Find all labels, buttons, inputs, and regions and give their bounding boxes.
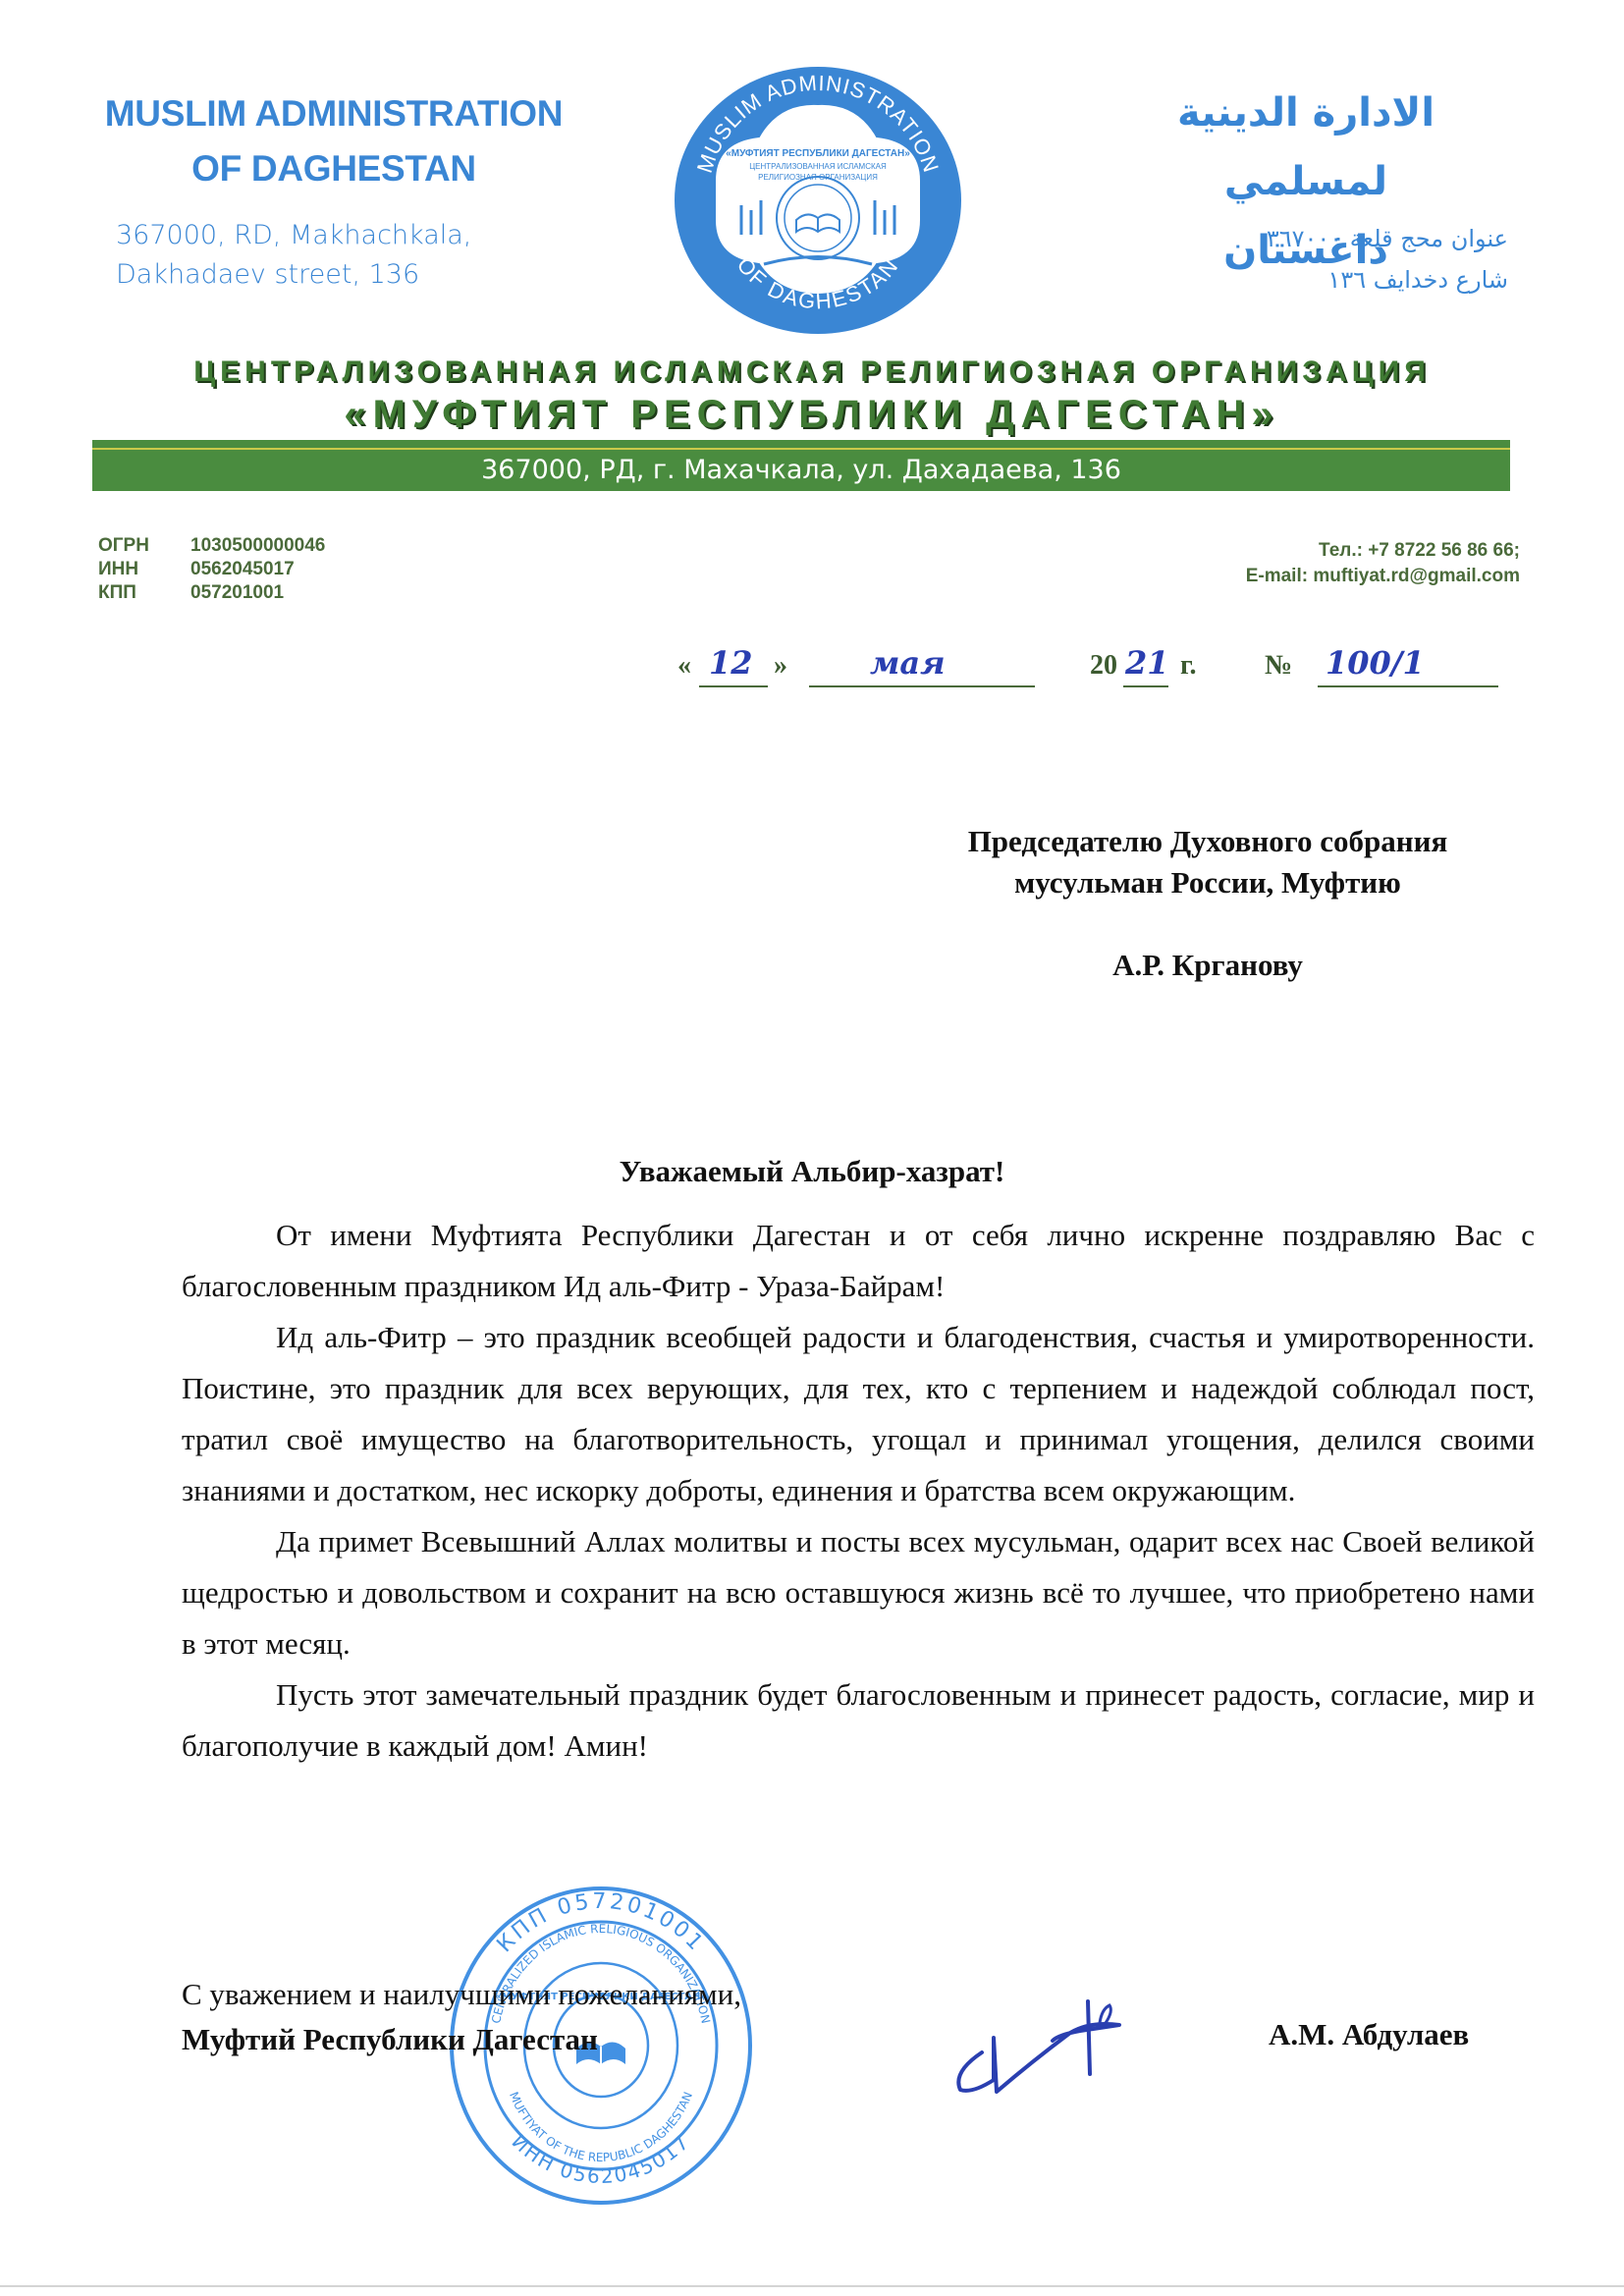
- organization-name: «МУФТИЯТ РЕСПУБЛИКИ ДАГЕСТАН»: [0, 393, 1624, 437]
- handwritten-month: мая: [870, 644, 946, 682]
- phone-number: Тел.: +7 8722 56 86 66;: [1246, 538, 1520, 564]
- organization-logo: MUSLIM ADMINISTRATION OF DAGHESTAN «МУФТ…: [671, 63, 965, 338]
- salutation: Уважаемый Альбир-хазрат!: [0, 1154, 1624, 1189]
- russian-address-band: 367000, РД, г. Махачкала, ул. Дахадаева,…: [92, 450, 1510, 491]
- signer-name: А.М. Абдулаев: [1269, 2017, 1469, 2052]
- letter-body: От имени Муфтията Республики Дагестан и …: [182, 1210, 1535, 1772]
- addressee-line-1: Председателю Духовного собрания: [864, 821, 1551, 862]
- svg-text:«МУФТИЯТ РЕСПУБЛИКИ ДАГЕСТАН»: «МУФТИЯТ РЕСПУБЛИКИ ДАГЕСТАН»: [726, 148, 910, 159]
- registration-value: 1030500000046: [190, 534, 325, 558]
- year-prefix: 20: [1090, 650, 1117, 682]
- letterhead-english-title: MUSLIM ADMINISTRATION OF DAGHESTAN: [69, 86, 599, 196]
- registration-numbers: ОГРН 1030500000046 ИНН 0562045017 КПП 05…: [98, 534, 325, 605]
- month-underline: [809, 685, 1035, 687]
- english-title-line-1: MUSLIM ADMINISTRATION: [69, 86, 599, 141]
- letterhead-english-address: 367000, RD, Makhachkala, Dakhadaev stree…: [116, 216, 471, 295]
- body-paragraph: Ид аль-Фитр – это праздник всеобщей радо…: [182, 1312, 1535, 1516]
- date-open-quote: «: [677, 650, 691, 682]
- year-unit: г.: [1180, 650, 1197, 682]
- addressee-block: Председателю Духовного собрания мусульма…: [864, 821, 1551, 986]
- registration-row-ogrn: ОГРН 1030500000046: [98, 534, 325, 558]
- page-bottom-edge: [0, 2285, 1624, 2287]
- arabic-address-line-2: شارع دخدايف ١٣٦: [1129, 259, 1508, 301]
- registration-row-inn: ИНН 0562045017: [98, 558, 325, 581]
- signer-position: Муфтий Республики Дагестан: [182, 2017, 741, 2062]
- svg-text:ЦЕНТРАЛИЗОВАННАЯ ИСЛАМСКАЯ: ЦЕНТРАЛИЗОВАННАЯ ИСЛАМСКАЯ: [749, 162, 887, 171]
- handwritten-year: 21: [1125, 644, 1169, 682]
- number-underline: [1318, 685, 1498, 687]
- body-paragraph: Пусть этот замечательный праздник будет …: [182, 1669, 1535, 1772]
- body-paragraph: Да примет Всевышний Аллах молитвы и пост…: [182, 1516, 1535, 1669]
- organization-type: ЦЕНТРАЛИЗОВАННАЯ ИСЛАМСКАЯ РЕЛИГИОЗНАЯ О…: [0, 355, 1624, 389]
- year-underline: [1123, 685, 1168, 687]
- addressee-name: А.Р. Крганову: [864, 945, 1551, 986]
- arabic-title-line-1: الادارة الدينية لمسلمي: [1100, 79, 1512, 216]
- registration-label: КПП: [98, 581, 190, 605]
- contact-info: Тел.: +7 8722 56 86 66; E-mail: muftiyat…: [1246, 538, 1520, 589]
- date-close-quote: »: [774, 650, 787, 682]
- header-divider: [92, 440, 1510, 450]
- registration-row-kpp: КПП 057201001: [98, 581, 325, 605]
- english-address-line-1: 367000, RD, Makhachkala,: [116, 216, 471, 255]
- email-address: E-mail: muftiyat.rd@gmail.com: [1246, 564, 1520, 589]
- closing-block: С уважением и наилучшими пожеланиями, Му…: [182, 1972, 741, 2062]
- date-and-number-line: « 12 » мая 20 21 г. № 100/1: [677, 644, 1522, 693]
- addressee-line-2: мусульман России, Муфтию: [864, 862, 1551, 903]
- number-label: №: [1265, 650, 1292, 682]
- english-title-line-2: OF DAGHESTAN: [69, 141, 599, 196]
- body-paragraph: От имени Муфтията Республики Дагестан и …: [182, 1210, 1535, 1312]
- registration-value: 0562045017: [190, 558, 325, 581]
- signature-icon: [943, 1984, 1139, 2102]
- letterhead-arabic-address: عنوان محج قلعة ٣٦٧٠٠٠ شارع دخدايف ١٣٦: [1129, 218, 1508, 301]
- registration-value: 057201001: [190, 581, 325, 605]
- arabic-address-line-1: عنوان محج قلعة ٣٦٧٠٠٠: [1129, 218, 1508, 259]
- handwritten-number: 100/1: [1326, 644, 1425, 682]
- english-address-line-2: Dakhadaev street, 136: [116, 255, 471, 295]
- registration-label: ИНН: [98, 558, 190, 581]
- handwritten-day: 12: [709, 644, 753, 682]
- handwritten-signature: [943, 1984, 1139, 2102]
- registration-label: ОГРН: [98, 534, 190, 558]
- day-underline: [699, 685, 768, 687]
- logo-emblem-icon: MUSLIM ADMINISTRATION OF DAGHESTAN «МУФТ…: [671, 63, 965, 338]
- closing-regards: С уважением и наилучшими пожеланиями,: [182, 1972, 741, 2017]
